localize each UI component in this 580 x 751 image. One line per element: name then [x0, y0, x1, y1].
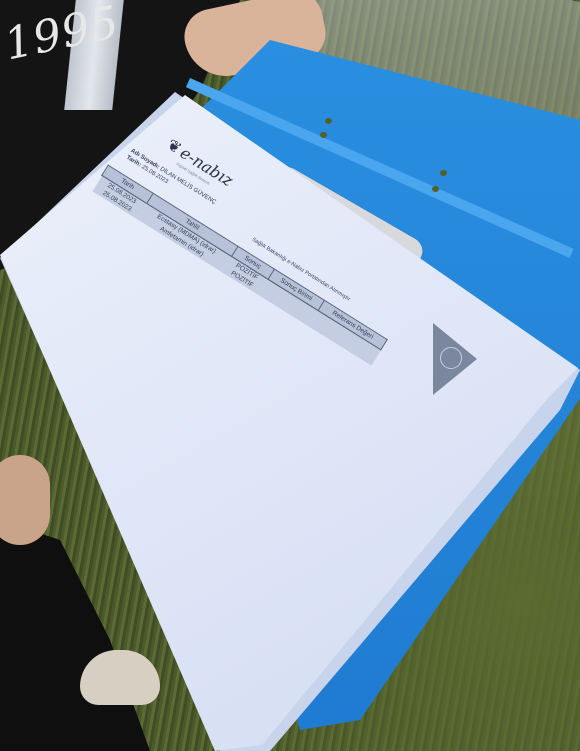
- hand-left: [0, 455, 50, 545]
- emblem-seal-icon: [440, 347, 462, 369]
- photo-scene: 1995 ❦e-nabız Kişisel Sağlık Sistemi Adı…: [0, 0, 580, 751]
- punch-hole: [320, 132, 327, 138]
- punch-hole: [440, 170, 447, 176]
- punch-hole: [432, 186, 439, 192]
- punch-hole: [325, 118, 332, 124]
